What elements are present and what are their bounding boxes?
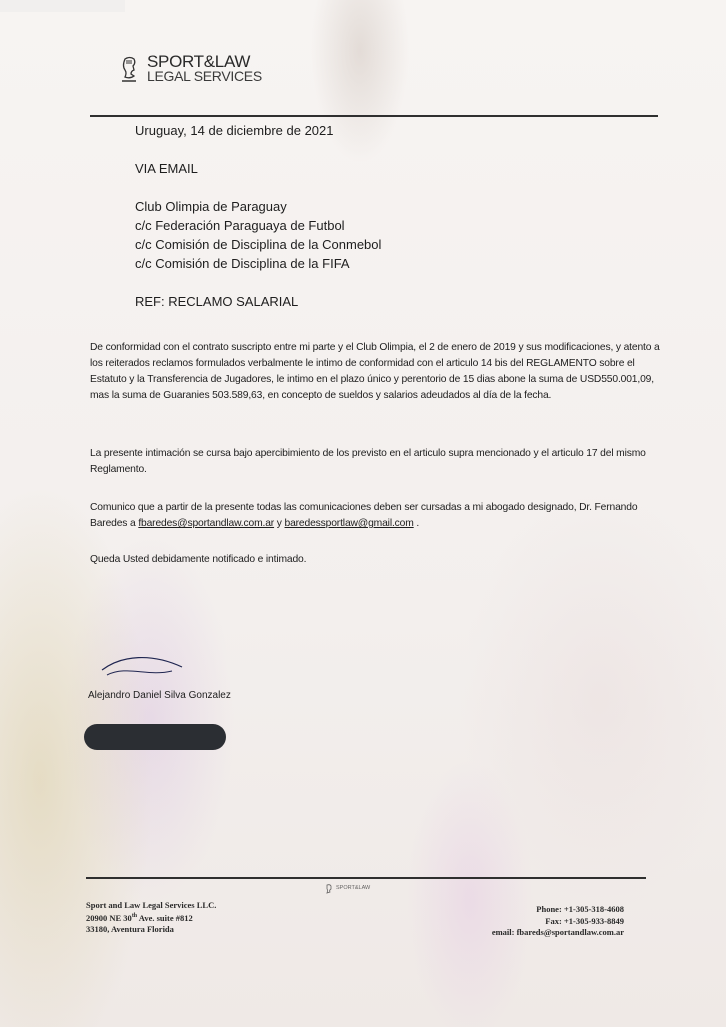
conjunction: y (274, 518, 284, 529)
recipient: c/c Comisión de Disciplina de la FIFA (135, 254, 381, 273)
footer-phone: Phone: +1-305-318-4608 (492, 904, 624, 916)
bust-profile-icon (118, 56, 140, 82)
signature-mark (92, 625, 192, 690)
email-link-secondary[interactable]: baredessportlaw@gmail.com (285, 518, 414, 529)
footer-logo: SPORT&LAW (325, 884, 370, 894)
signer-name: Alejandro Daniel Silva Gonzalez (88, 690, 231, 701)
paragraph-warning: La presente intimación se cursa bajo ape… (90, 446, 660, 478)
recipient: c/c Comisión de Disciplina de la Conmebo… (135, 235, 381, 254)
address-line: 20900 NE 30th Ave. suite #812 (86, 911, 216, 924)
redaction-bar (84, 724, 226, 750)
bust-profile-icon (325, 884, 333, 894)
recipient: c/c Federación Paraguaya de Futbol (135, 216, 381, 235)
paragraph-closing: Queda Usted debidamente notificado e int… (90, 552, 660, 568)
period: . (414, 518, 419, 529)
brand-name: SPORT&LAW (147, 54, 262, 69)
email-link-primary[interactable]: fbaredes@sportandlaw.com.ar (138, 518, 274, 529)
place-date: Uruguay, 14 de diciembre de 2021 (135, 121, 381, 140)
footer-brand: SPORT&LAW (336, 886, 370, 892)
reference-line: REF: RECLAMO SALARIAL (135, 292, 381, 311)
header-divider (90, 115, 658, 117)
address-city: 33180, Aventura Florida (86, 924, 216, 935)
paragraph-claim: De conformidad con el contrato suscripto… (90, 340, 660, 404)
recipient: Club Olimpia de Paraguay (135, 197, 381, 216)
brand-subtitle: LEGAL SERVICES (147, 69, 262, 84)
letterhead-logo: SPORT&LAW LEGAL SERVICES (118, 54, 262, 84)
scan-corner (0, 0, 125, 12)
footer-contact: Phone: +1-305-318-4608 Fax: +1-305-933-8… (492, 904, 624, 939)
letter-header: Uruguay, 14 de diciembre de 2021 VIA EMA… (135, 121, 381, 311)
footer-fax: Fax: +1-305-933-8849 (492, 916, 624, 928)
footer-email[interactable]: email: fbareds@sportandlaw.com.ar (492, 927, 624, 939)
delivery-method: VIA EMAIL (135, 159, 381, 178)
footer-address: Sport and Law Legal Services LLC. 20900 … (86, 900, 216, 935)
footer-divider (86, 877, 646, 879)
company-name: Sport and Law Legal Services LLC. (86, 900, 216, 911)
paragraph-contact: Comunico que a partir de la presente tod… (90, 500, 660, 532)
